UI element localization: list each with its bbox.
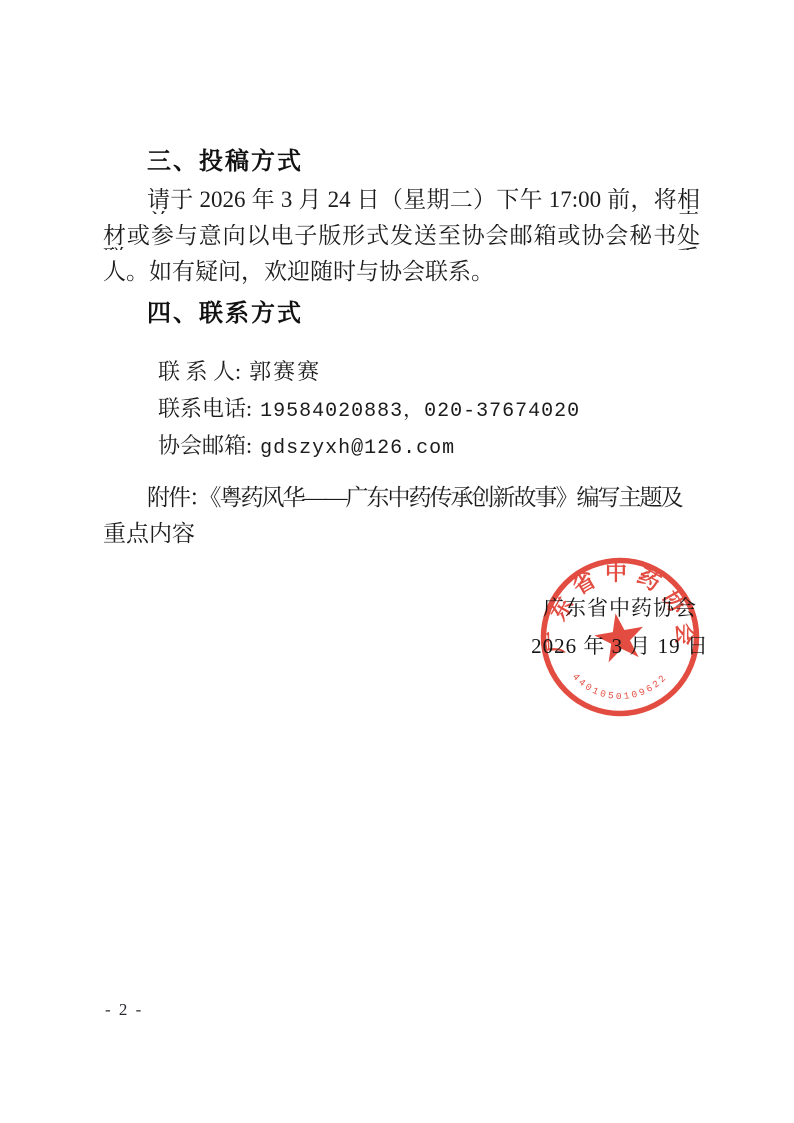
section-heading-contact: 四、联系方式 bbox=[147, 302, 303, 326]
section-heading-submission: 三、投稿方式 bbox=[147, 150, 303, 174]
page-number: - 2 - bbox=[105, 1001, 143, 1018]
paragraph-line: 请于 2026 年 3 月 24 日（星期二）下午 17:00 前，将相关素 bbox=[147, 188, 700, 214]
attachment-line: 附件：《粤药风华——广东中药传承创新故事》编写主题及 bbox=[147, 486, 682, 509]
signature-date: 2026 年 3 月 19 日 bbox=[470, 636, 770, 657]
seal-serial-number: 4401050109622 bbox=[570, 671, 670, 702]
signature-organization: 广东省中药协会 bbox=[470, 598, 770, 619]
contact-email-row: 协会邮箱:gdszyxh@126.com bbox=[147, 413, 455, 459]
contact-email-value: gdszyxh@126.com bbox=[260, 437, 455, 460]
document-page: { "section_submission": { "heading": "三、… bbox=[0, 0, 794, 1123]
paragraph-line: 人。如有疑问，欢迎随时与协会联系。 bbox=[103, 260, 494, 283]
attachment-line: 重点内容 bbox=[103, 522, 195, 545]
paragraph-line: 材或参与意向以电子版形式发送至协会邮箱或协会秘书处联系 bbox=[103, 224, 700, 250]
contact-email-label: 协会邮箱: bbox=[158, 433, 252, 458]
